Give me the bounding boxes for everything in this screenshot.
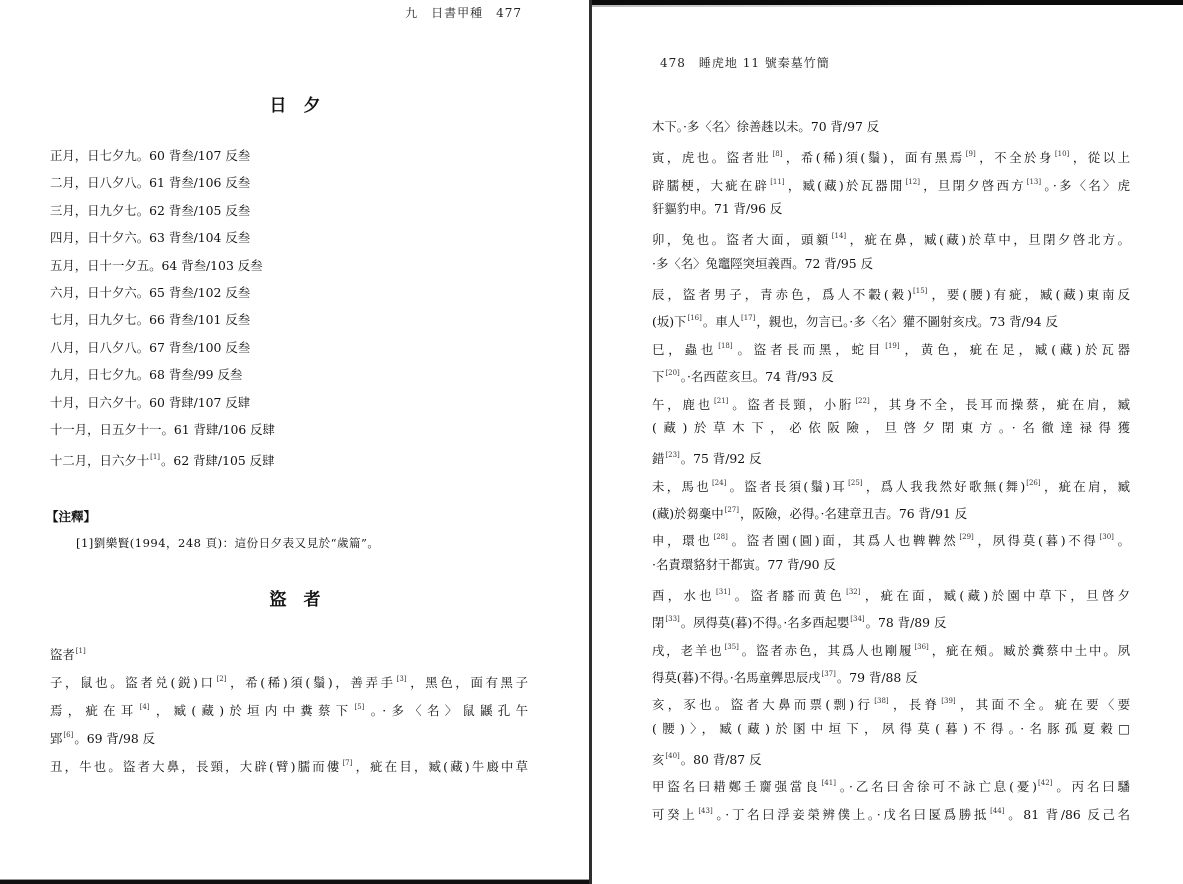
text-line: 巳，蟲也[18]。盜者長而黑，蛇目[19]，黄色，疵在足，臧(藏)於瓦器 [652,338,1130,358]
text-line: 豻貙豹申。71 背/96 反 [652,201,782,217]
text-line: 焉，疵在耳[4]，臧(藏)於垣内中糞蔡下[5]。·多〈名〉鼠鼷孔午 [50,699,528,719]
footnote-marker: [38] [874,697,888,705]
footnote-marker: [10] [1055,150,1069,158]
footnote-marker: [26] [1026,479,1040,487]
right-page: 478 睡虎地 11 號秦墓竹簡 木下。·多〈名〉徐善趎以未。70 背/97 反… [592,0,1183,884]
footnote-marker: [41] [822,779,836,787]
scan-edge [592,5,1183,7]
text-line: ·多〈名〉兔竈陘突垣義酉。72 背/95 反 [652,256,873,272]
text-line: 亥[40]。80 背/87 反 [652,748,762,768]
running-head: 九 日書甲種 477 [405,4,522,21]
footnote-marker: [12] [906,178,920,186]
text-line: 午，鹿也[21]。盜者長頸，小胻[22]，其身不全，長耳而操蔡，疵在肩，臧 [652,393,1130,413]
rixi-entry: 四月，日十夕六。63 背叁/104 反叁 [50,230,250,246]
footnote-marker: [9] [966,150,976,158]
text-line: 申，環也[28]。盜者園(圓)面，其爲人也鞞鞞然[29]，夙得莫(暮)不得[30… [652,529,1130,549]
note-item: [1]劉樂賢(1994，248 頁)：這份日夕表又見於“歲篇”。 [76,535,379,551]
text-line: 木下。·多〈名〉徐善趎以未。70 背/97 反 [652,119,879,135]
rixi-entry: 九月，日七夕九。68 背叁/99 反叁 [50,367,242,383]
footnote-marker: [30] [1100,533,1114,541]
footnote-marker: [8] [772,150,782,158]
footnote-marker: [1] [150,453,160,461]
footnote-marker: [16] [687,314,701,322]
rixi-entry: 正月，日七夕九。60 背叁/107 反叁 [50,148,250,164]
footnote-marker: [37] [822,670,836,678]
footnote-marker: [25] [848,479,862,487]
left-page: 九 日書甲種 477 日 夕 正月，日七夕九。60 背叁/107 反叁二月，日八… [0,0,590,884]
text-line: 亥，豕也。盜者大鼻而票(剽)行[38]，長脊[39]，其面不全。疵在要〈要 [652,693,1130,713]
footnote-marker: [34] [850,615,864,623]
footnote-marker: [33] [665,615,679,623]
footnote-marker: [18] [718,342,732,350]
footnote-marker: [5] [354,703,364,711]
footnote-marker: [20] [665,369,679,377]
text-line: 酉，水也[31]。盜者𦞂而黄色[32]，疵在面，臧(藏)於園中草下，旦啓夕 [652,584,1130,604]
rixi-entry: 七月，日九夕七。66 背叁/101 反叁 [50,312,250,328]
text-line: 丑，牛也。盜者大鼻，長頸，大辟(臂)臑而僂[7]，疵在目，臧(藏)牛廄中草 [50,755,528,775]
footnote-marker: [3] [397,675,407,683]
footnote-marker: [14] [832,232,846,240]
text-line: 得莫(暮)不得。·名馬童龏思辰戌[37]。79 背/88 反 [652,666,918,686]
footnote-marker: [28] [713,533,727,541]
text-line: 卯，兔也。盜者大面，頭顡[14]，疵在鼻，臧(藏)於草中，旦閉夕啓北方。 [652,228,1130,248]
text-line: (藏)於芻稾中[27]，阪險，必得。·名建章丑吉。76 背/91 反 [652,502,967,522]
footnote-marker: [44] [990,807,1004,815]
rixi-entry: 十二月，日六夕十[1]。62 背肆/105 反肆 [50,449,274,469]
footnote-marker: [29] [959,533,973,541]
footnote-marker: [1] [76,647,86,655]
text-line: (藏)於草木下，必依阪險，旦啓夕閉東方。·名徹達禄得獲 [652,420,1130,436]
footnote-marker: [40] [665,752,679,760]
text-line: (坂)下[16]。車人[17]，親也，勿言已。·多〈名〉獾不圖射亥戌。73 背/… [652,310,1058,330]
rixi-entry: 六月，日十夕六。65 背叁/102 反叁 [50,285,250,301]
footnote-marker: [36] [914,643,928,651]
text-line: 可癸上[43]。·丁名曰浮妾榮辨僕上。·戊名曰匽爲勝抵[44]。81 背/86 … [652,803,1130,823]
footnote-marker: [24] [712,479,726,487]
footnote-marker: [13] [1027,178,1041,186]
footnote-marker: [23] [665,451,679,459]
footnote-marker: [11] [770,178,784,186]
footnote-marker: [15] [913,287,927,295]
running-head: 478 睡虎地 11 號秦墓竹簡 [660,54,830,71]
text-line: 戌，老羊也[35]。盜者赤色，其爲人也剛履[36]，疵在頰。臧於糞蔡中土中。夙 [652,639,1130,659]
text-line: (腰)〉，臧(藏)於圂中垣下，夙得莫(暮)不得。·名豚孤夏穀□ [652,721,1130,737]
text-line: 寅，虎也。盜者壯[8]，希(稀)須(鬚)，面有黑焉[9]，不全於身[10]，從以… [652,146,1130,166]
scan-edge [0,880,590,884]
footnote-marker: [27] [725,506,739,514]
footnote-marker: [39] [941,697,955,705]
text-line: 辰，盜者男子，青赤色，爲人不轂(穀)[15]，要(腰)有疵，臧(藏)東南反 [652,283,1130,303]
text-line: 閉[33]。夙得莫(暮)不得。·名多酉起嬰[34]。78 背/89 反 [652,611,946,631]
rixi-entry: 八月，日八夕八。67 背叁/100 反叁 [50,340,250,356]
footnote-marker: [6] [63,731,73,739]
text-line: 下[20]。·名西茝亥旦。74 背/93 反 [652,365,834,385]
text-line: 錯[23]。75 背/92 反 [652,447,762,467]
text-line: 未，馬也[24]。盜者長須(鬚)耳[25]，爲人我我然好歌無(舞)[26]，疵在… [652,475,1130,495]
footnote-marker: [21] [714,397,728,405]
rixi-entry: 五月，日十一夕五。64 背叁/103 反叁 [50,258,263,274]
footnote-marker: [32] [846,588,860,596]
footnote-marker: [35] [725,643,739,651]
footnote-marker: [19] [885,342,899,350]
notes-heading: 【注釋】 [46,507,96,525]
rixi-entry: 十一月，日五夕十一。61 背肆/106 反肆 [50,422,275,438]
rixi-entry: 十月，日六夕十。60 背肆/107 反肆 [50,395,250,411]
text-line: 子，鼠也。盜者兑(鋭)口[2]，希(稀)須(鬚)，善弄手[3]，黑色，面有黑子 [50,671,528,691]
text-line: ·名責環貉豺干都寅。77 背/90 反 [652,557,836,573]
rixi-entry: 三月，日九夕七。62 背叁/105 反叁 [50,203,250,219]
text-line: 郢[6]。69 背/98 反 [50,727,155,747]
footnote-marker: [7] [342,759,352,767]
footnote-marker: [22] [855,397,869,405]
section-title-daozhe: 盜 者 [0,585,590,610]
footnote-marker: [42] [1038,779,1052,787]
footnote-marker: [2] [217,675,227,683]
footnote-marker: [17] [741,314,755,322]
text-line: 辟臑梗，大疵在辟[11]，臧(藏)於瓦器閒[12]，旦閉夕啓西方[13]。·多〈… [652,174,1130,194]
footnote-marker: [31] [716,588,730,596]
text-line: 甲盜名曰耤鄭壬𪗋强當良[41]。·乙名曰舍徐可不詠亡息(憂)[42]。丙名曰䮳 [652,775,1130,795]
section-title-rixi: 日 夕 [0,91,590,116]
footnote-marker: [4] [140,703,150,711]
rixi-entry: 二月，日八夕八。61 背叁/106 反叁 [50,175,250,191]
text-line: 盜者[1] [50,643,87,663]
footnote-marker: [43] [698,807,712,815]
